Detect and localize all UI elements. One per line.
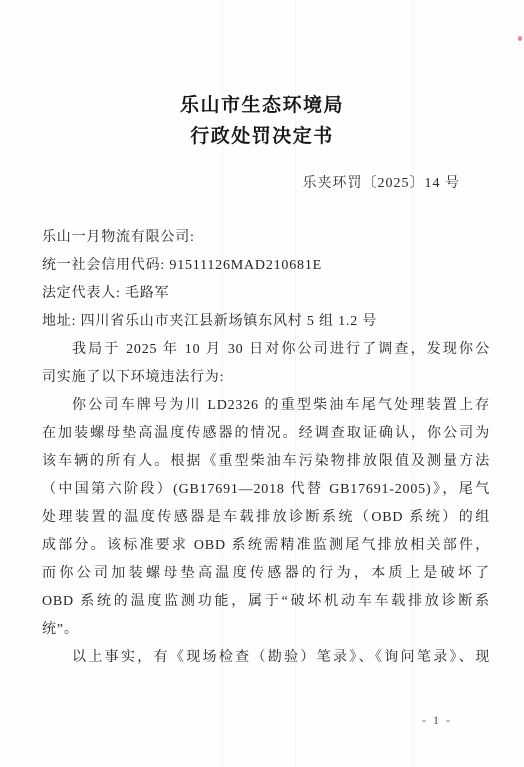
body-line: 你公司车牌号为川 LD2326 的重型柴油车尾气处理装置上存 [42,392,490,420]
body-line: 以上事实，有《现场检查（勘验）笔录》、《询问笔录》、现 [42,644,490,672]
title-document-type: 行政处罚决定书 [0,121,524,152]
red-ink-speck [518,36,522,41]
body-line: 统一社会信用代码: 91511126MAD210681E [42,252,490,280]
body-line: 司实施了以下环境违法行为: [42,364,490,392]
body-line: 地址: 四川省乐山市夹江县新场镇东风村 5 组 1.2 号 [42,308,490,336]
document-title: 乐山市生态环境局 行政处罚决定书 [0,90,524,152]
title-agency-name: 乐山市生态环境局 [0,90,524,121]
page-number: - 1 - [422,713,452,728]
body-line: 法定代表人: 毛路军 [42,280,490,308]
body-line: 统”。 [42,616,490,644]
body-line: 乐山一月物流有限公司: [42,224,490,252]
body-line: 处理装置的温度传感器是车载排放诊断系统（OBD 系统）的组 [42,504,490,532]
body-line: 我局于 2025 年 10 月 30 日对你公司进行了调查，发现你公 [42,336,490,364]
body-line: 该车辆的所有人。根据《重型柴油车污染物排放限值及测量方法 [42,448,490,476]
document-number: 乐夹环罚〔2025〕14 号 [303,172,461,192]
body-line: 成部分。该标准要求 OBD 系统需精准监测尾气排放相关部件， [42,532,490,560]
body-line: 而你公司加装螺母垫高温度传感器的行为，本质上是破坏了 [42,560,490,588]
document-page: 乐山市生态环境局 行政处罚决定书 乐夹环罚〔2025〕14 号 乐山一月物流有限… [0,0,524,767]
document-body: 乐山一月物流有限公司:统一社会信用代码: 91511126MAD210681E法… [42,224,490,672]
body-line: （中国第六阶段）(GB17691—2018 代替 GB17691-2005)》，… [42,476,490,504]
body-line: OBD 系统的温度监测功能，属于“破坏机动车车载排放诊断系 [42,588,490,616]
body-line: 在加装螺母垫高温度传感器的情况。经调查取证确认，你公司为 [42,420,490,448]
